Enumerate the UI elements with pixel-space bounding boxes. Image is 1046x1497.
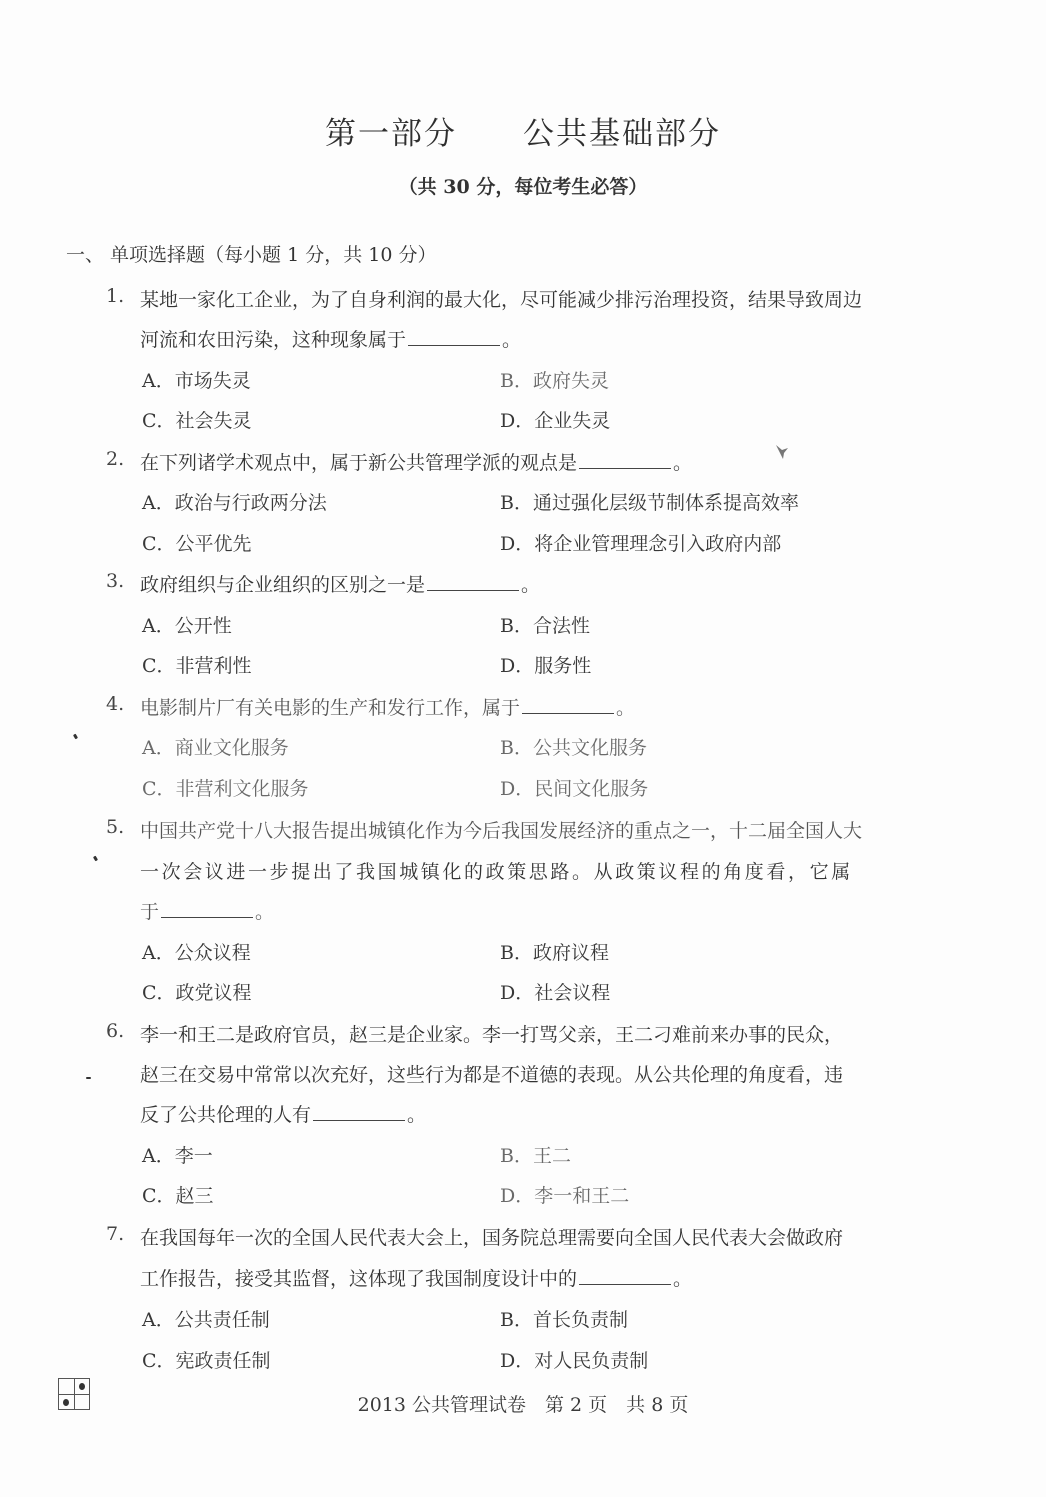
- option-a: A．公开性: [142, 611, 232, 638]
- option-a: A．公共责任制: [142, 1305, 270, 1332]
- question-text-line: 政府组织与企业组织的区别之一是。: [140, 570, 540, 597]
- question-text-line: 反了公共伦理的人有。: [140, 1100, 426, 1127]
- answer-blank: [161, 899, 253, 918]
- question-text: 赵三在交易中常常以次充好，这些行为都是不道德的表现。从公共伦理的角度看，违: [140, 1060, 843, 1087]
- option-c: C．公平优先: [142, 529, 252, 556]
- section-heading: 一、 单项选择题（每小题 1 分，共 10 分）: [66, 240, 436, 267]
- option-c: C．社会失灵: [142, 406, 252, 433]
- scan-speck: [93, 856, 98, 862]
- question-number: 7.: [106, 1223, 124, 1245]
- answer-blank: [579, 450, 671, 469]
- question-text: 某地一家化工企业，为了自身利润的最大化，尽可能减少排污治理投资，结果导致周边: [140, 285, 862, 312]
- question-text-line: 于。: [140, 897, 274, 924]
- option-c: C．非营利性: [142, 651, 252, 678]
- question-number: 6.: [106, 1020, 124, 1042]
- option-d: D．将企业管理理念引入政府内部: [500, 529, 781, 556]
- option-c: C．非营利文化服务: [142, 774, 309, 801]
- option-c: C．政党议程: [142, 978, 252, 1005]
- question-text: 李一和王二是政府官员，赵三是企业家。李一打骂父亲，王二刁难前来办事的民众，: [140, 1020, 843, 1047]
- answer-blank: [408, 327, 500, 346]
- question-text: 中国共产党十八大报告提出城镇化作为今后我国发展经济的重点之一，十二届全国人大: [140, 816, 862, 843]
- question-number: 4.: [106, 693, 124, 715]
- answer-blank: [427, 572, 519, 591]
- option-d: D．服务性: [500, 651, 591, 678]
- scan-speck: [86, 1077, 91, 1079]
- question-number: 5.: [106, 816, 124, 838]
- option-a: A．李一: [142, 1141, 213, 1168]
- answer-blank: [579, 1266, 671, 1285]
- option-d: D．李一和王二: [500, 1181, 629, 1208]
- option-d: D．企业失灵: [500, 406, 610, 433]
- question-text-line: 工作报告，接受其监督，这体现了我国制度设计中的。: [140, 1264, 692, 1291]
- option-b: B．首长负责制: [500, 1305, 628, 1332]
- page-subtitle: （共 30 分，每位考生必答）: [0, 172, 1046, 199]
- question-number: 2.: [106, 448, 124, 470]
- option-c: C．宪政责任制: [142, 1346, 271, 1373]
- option-a: A．公众议程: [142, 938, 251, 965]
- question-text-line: 电影制片厂有关电影的生产和发行工作，属于。: [140, 693, 635, 720]
- option-b: B．政府议程: [500, 938, 609, 965]
- option-a: A．市场失灵: [142, 366, 251, 393]
- page-footer: 2013 公共管理试卷 第 2 页 共 8 页: [0, 1390, 1046, 1417]
- option-b: B．公共文化服务: [500, 733, 647, 760]
- option-d: D．社会议程: [500, 978, 610, 1005]
- answer-blank: [522, 695, 614, 714]
- question-text-line: 在下列诸学术观点中，属于新公共管理学派的观点是。: [140, 448, 692, 475]
- question-text: 一次会议进一步提出了我国城镇化的政策思路。从政策议程的角度看，它属: [140, 857, 853, 884]
- question-text: 在我国每年一次的全国人民代表大会上，国务院总理需要向全国人民代表大会做政府: [140, 1223, 843, 1250]
- page-title: 第一部分 公共基础部分: [0, 108, 1046, 153]
- option-d: D．民间文化服务: [500, 774, 648, 801]
- option-b: B．合法性: [500, 611, 590, 638]
- question-number: 3.: [106, 570, 124, 592]
- option-c: C．赵三: [142, 1181, 214, 1208]
- option-a: A．商业文化服务: [142, 733, 289, 760]
- answer-blank: [313, 1102, 405, 1121]
- question-text-line: 河流和农田污染，这种现象属于。: [140, 325, 521, 352]
- question-number: 1.: [106, 285, 124, 307]
- option-b: B．王二: [500, 1141, 571, 1168]
- scan-speck: [73, 734, 78, 740]
- ink-mark-icon: [774, 444, 792, 460]
- option-d: D．对人民负责制: [500, 1346, 648, 1373]
- option-b: B．政府失灵: [500, 366, 609, 393]
- option-b: B．通过强化层级节制体系提高效率: [500, 488, 799, 515]
- option-a: A．政治与行政两分法: [142, 488, 327, 515]
